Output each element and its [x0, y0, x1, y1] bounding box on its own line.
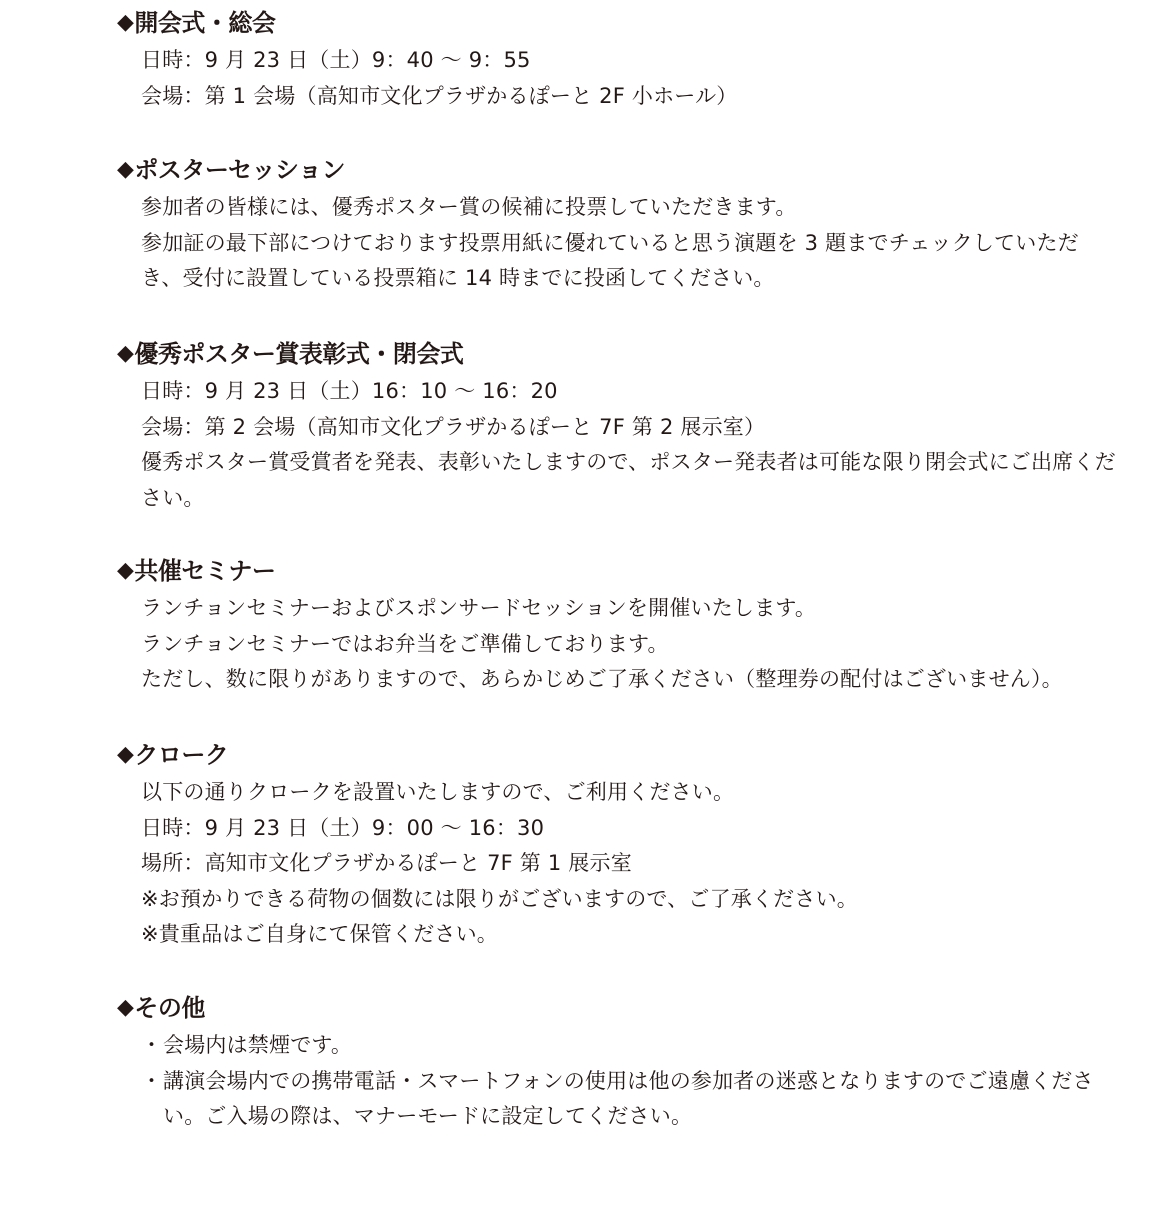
bullet-item: ・ 講演会場内での携帯電話・スマートフォンの使用は他の参加者の迷惑となりますので… [117, 1064, 1127, 1135]
section-heading: ◆ 共催セミナー [117, 551, 1127, 591]
paragraph-line: ランチョンセミナーおよびスポンサードセッションを開催いたします。 [117, 591, 1127, 627]
datetime-line: 日時：9 月 23 日（土）16：10 ～ 16：20 [117, 374, 1127, 410]
section-heading: ◆ ポスターセッション [117, 150, 1127, 190]
paragraph-line: ただし、数に限りがありますので、あらかじめご了承ください（整理券の配付はございま… [117, 662, 1127, 698]
section-heading: ◆ 優秀ポスター賞表彰式・閉会式 [117, 334, 1127, 374]
section-sponsored-seminar: ◆ 共催セミナー ランチョンセミナーおよびスポンサードセッションを開催いたします… [117, 551, 1127, 698]
bullet-icon: ・ [141, 1028, 163, 1064]
heading-text: 共催セミナー [134, 551, 275, 591]
heading-text: クローク [134, 735, 228, 775]
bullet-icon: ・ [141, 1064, 163, 1135]
section-heading: ◆ その他 [117, 988, 1127, 1028]
bullet-text: 会場内は禁煙です。 [163, 1028, 1115, 1064]
bullet-item: ・ 会場内は禁煙です。 [117, 1028, 1127, 1064]
note-line: ※お預かりできる荷物の個数には限りがございますので、ご了承ください。 [117, 882, 1127, 918]
section-award-closing-ceremony: ◆ 優秀ポスター賞表彰式・閉会式 日時：9 月 23 日（土）16：10 ～ 1… [117, 334, 1127, 516]
venue-line: 会場：第 2 会場（高知市文化プラザかるぽーと 7F 第 2 展示室） [117, 410, 1127, 446]
note-line: ※貴重品はご自身にて保管ください。 [117, 917, 1127, 953]
diamond-icon: ◆ [117, 988, 133, 1028]
diamond-icon: ◆ [117, 334, 133, 374]
diamond-icon: ◆ [117, 551, 133, 591]
paragraph-line: 参加証の最下部につけております投票用紙に優れていると思う演題を 3 題までチェッ… [117, 226, 1116, 297]
section-heading: ◆ 開会式・総会 [117, 3, 1127, 43]
section-opening-ceremony: ◆ 開会式・総会 日時：9 月 23 日（土）9：40 ～ 9：55 会場：第 … [117, 3, 1127, 114]
heading-text: ポスターセッション [134, 150, 345, 190]
paragraph-line: 参加者の皆様には、優秀ポスター賞の候補に投票していただきます。 [117, 190, 1127, 226]
section-other: ◆ その他 ・ 会場内は禁煙です。 ・ 講演会場内での携帯電話・スマートフォンの… [117, 988, 1127, 1135]
paragraph-line: 以下の通りクロークを設置いたしますので、ご利用ください。 [117, 775, 1127, 811]
heading-text: その他 [134, 988, 205, 1028]
section-heading: ◆ クローク [117, 735, 1127, 775]
heading-text: 開会式・総会 [134, 3, 275, 43]
paragraph-line: ランチョンセミナーではお弁当をご準備しております。 [117, 627, 1127, 663]
paragraph-line: 優秀ポスター賞受賞者を発表、表彰いたしますので、ポスター発表者は可能な限り閉会式… [117, 445, 1116, 516]
heading-text: 優秀ポスター賞表彰式・閉会式 [134, 334, 463, 374]
bullet-text: 講演会場内での携帯電話・スマートフォンの使用は他の参加者の迷惑となりますのでご遠… [163, 1064, 1115, 1135]
diamond-icon: ◆ [117, 735, 133, 775]
datetime-line: 日時：9 月 23 日（土）9：00 ～ 16：30 [117, 811, 1127, 847]
diamond-icon: ◆ [117, 3, 133, 43]
diamond-icon: ◆ [117, 150, 133, 190]
venue-line: 会場：第 1 会場（高知市文化プラザかるぽーと 2F 小ホール） [117, 79, 1127, 115]
section-poster-session: ◆ ポスターセッション 参加者の皆様には、優秀ポスター賞の候補に投票していただき… [117, 150, 1127, 297]
location-line: 場所：高知市文化プラザかるぽーと 7F 第 1 展示室 [117, 846, 1127, 882]
section-cloakroom: ◆ クローク 以下の通りクロークを設置いたしますので、ご利用ください。 日時：9… [117, 735, 1127, 953]
datetime-line: 日時：9 月 23 日（土）9：40 ～ 9：55 [117, 43, 1127, 79]
